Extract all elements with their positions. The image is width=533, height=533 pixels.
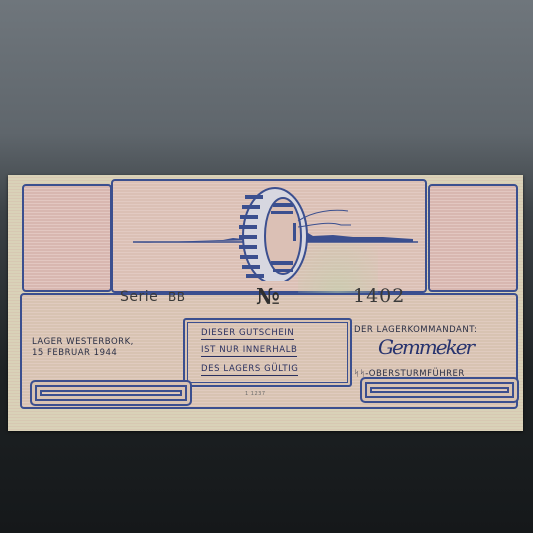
commandant-signature: Gemmeker [378,335,473,359]
commandant-title: DER LAGERKOMMANDANT: [354,325,477,335]
serial-number: 1402 [353,285,405,307]
center-emblem-panel [111,179,427,293]
voucher-note: Serie BB № 1402 LAGER WESTERBORK, 15 FEB… [8,175,523,431]
issuer-place: LAGER WESTERBORK, [32,337,134,347]
serie-label: Serie [120,289,158,305]
validity-line-1: DIESER GUTSCHEIN [201,328,294,340]
validity-box: DIESER GUTSCHEIN IST NUR INNERHALB DES L… [183,318,352,387]
left-meander-ornament [30,380,192,406]
right-meander-ornament [360,377,519,403]
gear-factory-emblem-icon [133,181,423,281]
left-corner-panel [22,184,112,292]
right-corner-panel [428,184,518,292]
serie-value: BB [168,290,185,304]
issuer-date: 15 FEBRUAR 1944 [32,348,117,358]
number-sign: № [256,284,280,310]
validity-line-2: IST NUR INNERHALB [201,345,297,357]
printer-mark: 1 1237 [245,391,266,397]
validity-line-3: DES LAGERS GÜLTIG [201,364,298,376]
